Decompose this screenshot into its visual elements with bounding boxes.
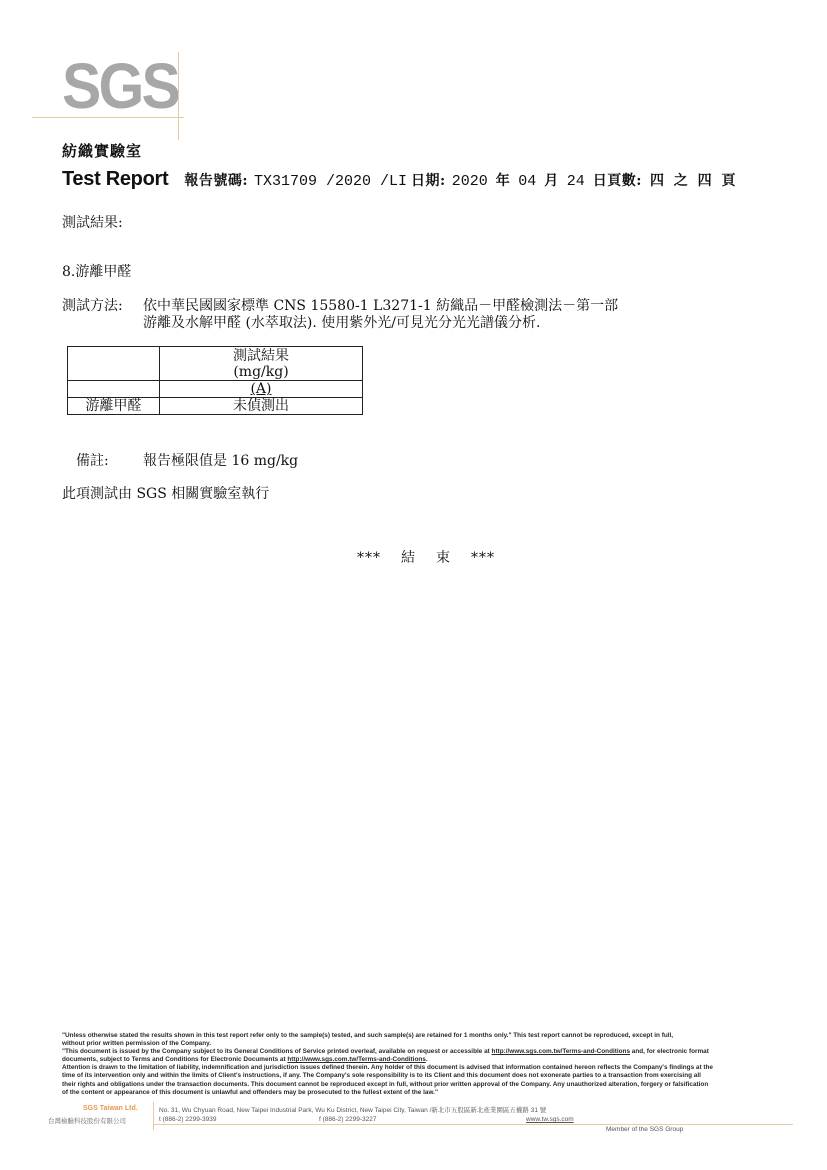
section-title: 8.游離甲醛 <box>62 261 131 281</box>
results-table: 測試結果 (mg/kg) (A) 游離甲醛 未偵測出 <box>67 346 363 415</box>
logo-text: SGS <box>62 56 178 116</box>
electronic-terms-link[interactable]: http://www.sgs.com.tw/Terms-and-Conditio… <box>287 1056 425 1063</box>
company-fax: f (886-2) 2299-3227 <box>319 1116 376 1123</box>
disclaimer-line: their rights and obligations under the t… <box>62 1081 792 1089</box>
date-label: 日期: <box>411 170 446 190</box>
end-mark-left: *** <box>357 550 381 566</box>
legal-disclaimer: "Unless otherwise stated the results sho… <box>62 1032 792 1097</box>
lab-name: 紡織實驗室 <box>62 140 142 161</box>
method-label: 測試方法: <box>62 295 123 315</box>
result-header-label: 測試結果 <box>164 348 358 364</box>
pages-label: 頁數: <box>607 170 642 190</box>
footer-rule <box>153 1124 793 1125</box>
date-year: 2020 <box>452 173 488 190</box>
method-description-line-2: 游離及水解甲醛 (水萃取法). 使用紫外光/可見光分光光譜儀分析. <box>143 312 540 332</box>
company-name-zh: 台灣檢驗科技股份有限公司 <box>48 1116 126 1125</box>
sample-id-cell: (A) <box>160 381 363 398</box>
result-column-header: 測試結果 (mg/kg) <box>160 347 363 381</box>
page-footer: SGS Taiwan Ltd. 台灣檢驗科技股份有限公司 No. 31, Wu … <box>0 1104 827 1164</box>
end-mark-word-2: 束 <box>436 550 451 566</box>
results-label: 測試結果: <box>62 212 123 232</box>
report-no-label: 報告號碼: <box>184 170 248 190</box>
sample-id: (A) <box>250 381 271 397</box>
execution-note: 此項測試由 SGS 相關實驗室執行 <box>62 483 269 503</box>
end-of-report-mark: ***結束*** <box>347 547 505 567</box>
end-mark-word-1: 結 <box>401 550 416 566</box>
disclaimer-line: time of its intervention only and within… <box>62 1072 792 1080</box>
disclaimer-line: Attention is drawn to the limitation of … <box>62 1064 792 1072</box>
company-phone: t (886-2) 2299-3939 <box>159 1116 216 1123</box>
report-no: TX31709 /2020 /LI <box>254 173 407 190</box>
disclaimer-line: without prior written permission of the … <box>62 1040 792 1048</box>
terms-link[interactable]: http://www.sgs.com.tw/Terms-and-Conditio… <box>492 1048 630 1055</box>
company-website-link[interactable]: www.tw.sgs.com <box>526 1116 574 1123</box>
table-header-row: 測試結果 (mg/kg) <box>68 347 363 381</box>
report-title: Test Report <box>62 168 168 191</box>
logo-vertical-rule <box>178 52 179 140</box>
date-month: 04 <box>518 173 536 190</box>
disclaimer-line: documents, subject to Terms and Conditio… <box>62 1056 792 1064</box>
disclaimer-line: of the content or appearance of this doc… <box>62 1089 792 1097</box>
end-mark-right: *** <box>471 550 495 566</box>
table-row: 游離甲醛 未偵測出 <box>68 398 363 415</box>
note-text: 報告極限值是 16 mg/kg <box>143 450 298 470</box>
group-membership: Member of the SGS Group <box>606 1126 683 1133</box>
disclaimer-line: "This document is issued by the Company … <box>62 1048 792 1056</box>
test-item-cell: 游離甲醛 <box>68 398 160 415</box>
result-header-unit: (mg/kg) <box>164 364 358 380</box>
table-sample-row: (A) <box>68 381 363 398</box>
report-header: Test Report 報告號碼: TX31709 /2020 /LI 日期: … <box>62 168 736 191</box>
year-label: 年 <box>496 170 511 190</box>
date-day: 24 <box>567 173 585 190</box>
company-name-en: SGS Taiwan Ltd. <box>83 1105 138 1112</box>
footer-divider <box>153 1102 154 1130</box>
month-label: 月 <box>544 170 559 190</box>
note-label: 備註: <box>76 450 109 470</box>
logo-horizontal-rule <box>32 117 184 118</box>
sgs-logo: SGS <box>32 52 172 120</box>
day-label: 日 <box>593 170 608 190</box>
disclaimer-line: "Unless otherwise stated the results sho… <box>62 1032 792 1040</box>
company-address: No. 31, Wu Chyuan Road, New Taipei Indus… <box>159 1105 546 1114</box>
sample-row-empty-cell <box>68 381 160 398</box>
test-result-cell: 未偵測出 <box>160 398 363 415</box>
pages-value: 四 之 四 頁 <box>650 170 736 190</box>
table-corner-cell <box>68 347 160 381</box>
